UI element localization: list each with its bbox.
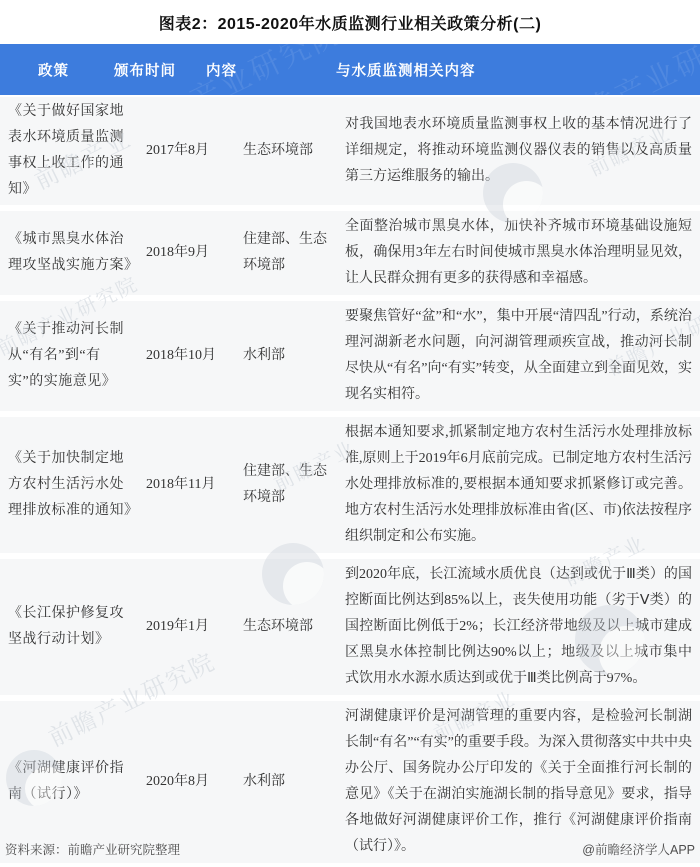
policy-cell: 《关于做好国家地表水环境质量监测事权上收工作的通知》 xyxy=(0,97,140,205)
content-cell: 要聚焦管好“盆”和“水”，集中开展“清四乱”行动，系统治理河湖新老水问题，向河湖… xyxy=(340,301,700,411)
column-header-related: 与水质监测相关内容 xyxy=(336,59,476,80)
source-note: 资料来源：前瞻产业研究院整理 xyxy=(5,840,180,858)
content-cell: 河湖健康评价是河湖管理的重要内容，是检验河长制湖长制“有名”“有实”的重要手段。… xyxy=(340,701,700,863)
policy-cell: 《关于加快制定地方农村生活污水处理排放标准的通知》 xyxy=(0,444,140,526)
date-cell: 2019年1月 xyxy=(140,614,235,640)
table-body: 《关于做好国家地表水环境质量监测事权上收工作的通知》 2017年8月 生态环境部… xyxy=(0,97,700,863)
table-row: 《关于推动河长制从“有名”到“有实”的实施意见》 2018年10月 水利部 要聚… xyxy=(0,301,700,411)
department-cell: 水利部 xyxy=(235,341,340,371)
policy-cell: 《河湖健康评价指南（试行）》 xyxy=(0,754,140,810)
watermark-text: 前瞻产业研究院 xyxy=(547,44,700,95)
date-cell: 2017年8月 xyxy=(140,138,235,164)
content-cell: 对我国地表水环境质量监测事权上收的基本情况进行了详细规定，将推动环境监测仪器仪表… xyxy=(340,109,700,193)
department-cell: 住建部、生态环境部 xyxy=(235,225,340,281)
content-cell: 全面整治城市黑臭水体，加快补齐城市环境基础设施短板，确保用3年左右时间使城市黑臭… xyxy=(340,211,700,295)
table-row: 《城市黑臭水体治理攻坚战实施方案》 2018年9月 住建部、生态环境部 全面整治… xyxy=(0,211,700,295)
column-header-content: 内容 xyxy=(206,59,237,80)
page-title: 图表2：2015-2020年水质监测行业相关政策分析(二) xyxy=(0,0,700,44)
department-cell: 生态环境部 xyxy=(235,612,340,642)
date-cell: 2020年8月 xyxy=(140,769,235,795)
footer: 资料来源：前瞻产业研究院整理 @前瞻经济学人APP xyxy=(0,840,700,858)
report-figure: 图表2：2015-2020年水质监测行业相关政策分析(二) 前瞻产业研究院 前瞻… xyxy=(0,0,700,867)
policy-cell: 《长江保护修复攻坚战行动计划》 xyxy=(0,599,140,655)
policy-cell: 《城市黑臭水体治理攻坚战实施方案》 xyxy=(0,225,140,281)
date-cell: 2018年9月 xyxy=(140,240,235,266)
policy-cell: 《关于推动河长制从“有名”到“有实”的实施意见》 xyxy=(0,315,140,397)
table-row: 《长江保护修复攻坚战行动计划》 2019年1月 生态环境部 到2020年底，长江… xyxy=(0,559,700,695)
table-row: 《河湖健康评价指南（试行）》 2020年8月 水利部 河湖健康评价是河湖管理的重… xyxy=(0,701,700,863)
column-header-date: 颁布时间 xyxy=(114,59,176,80)
content-cell: 到2020年底，长江流域水质优良（达到或优于Ⅲ类）的国控断面比例达到85%以上，… xyxy=(340,559,700,695)
credit-note: @前瞻经济学人APP xyxy=(582,840,695,858)
content-cell: 根据本通知要求,抓紧制定地方农村生活污水处理排放标准,原则上于2019年6月底前… xyxy=(340,417,700,553)
table-row: 《关于做好国家地表水环境质量监测事权上收工作的通知》 2017年8月 生态环境部… xyxy=(0,97,700,205)
date-cell: 2018年10月 xyxy=(140,343,235,369)
date-cell: 2018年11月 xyxy=(140,472,235,498)
table-header: 前瞻产业研究院 前瞻产业研究院 政策 颁布时间 内容 与水质监测相关内容 xyxy=(0,44,700,95)
column-header-policy: 政策 xyxy=(38,59,69,80)
department-cell: 生态环境部 xyxy=(235,136,340,166)
department-cell: 水利部 xyxy=(235,767,340,797)
table-row: 《关于加快制定地方农村生活污水处理排放标准的通知》 2018年11月 住建部、生… xyxy=(0,417,700,553)
department-cell: 住建部、生态环境部 xyxy=(235,457,340,513)
